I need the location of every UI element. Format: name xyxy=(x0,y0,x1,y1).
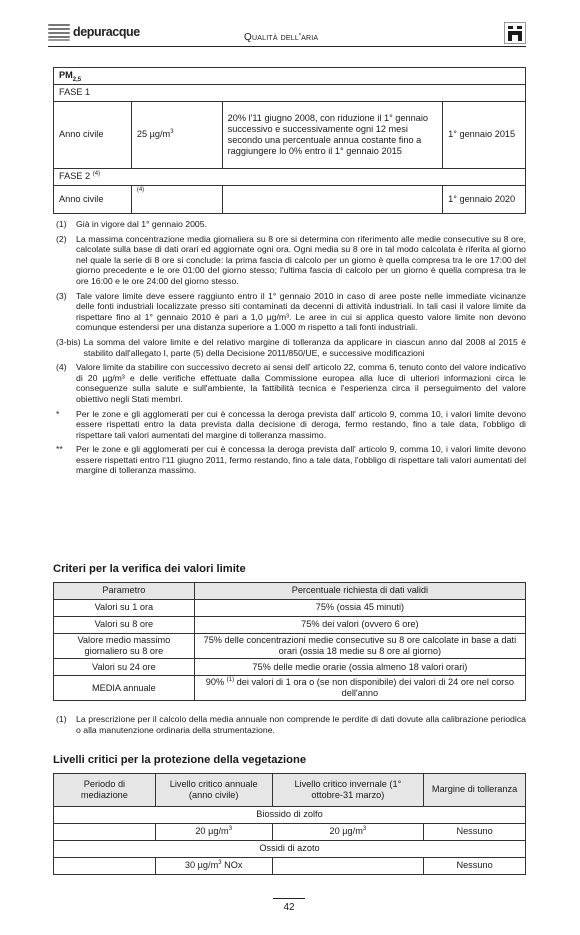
date-cell: 1° gennaio 2020 xyxy=(443,186,526,214)
depuracque-logo: depuracque xyxy=(48,23,140,41)
column-header: Livello critico annuale (anno civile) xyxy=(155,774,272,807)
footnote-item: (1)La prescrizione per il calcolo della … xyxy=(56,714,526,735)
page-header: depuracque Qualità dell'aria xyxy=(48,22,528,46)
margin-cell xyxy=(222,186,443,214)
footnote-item: **Per le zone e gli agglomerati per cui … xyxy=(56,444,526,476)
fase2-label: FASE 2 (4) xyxy=(54,169,526,186)
footnote-item: (2)La massima concentrazione media giorn… xyxy=(56,234,526,287)
winter-value: 20 µg/m xyxy=(329,826,362,836)
percentage-cell: 75% (ossia 45 minuti) xyxy=(194,600,525,617)
annual-level-cell: 20 µg/m3 xyxy=(155,824,272,841)
table-row: Valori su 8 ore75% dei valori (ovvero 6 … xyxy=(54,617,526,634)
footnote-mark: (2) xyxy=(56,234,76,287)
period-cell xyxy=(54,824,156,841)
footnotes: (1)Già in vigore dal 1° gennaio 2005.(2)… xyxy=(56,219,526,480)
date-cell: 1° gennaio 2015 xyxy=(443,102,526,169)
table-row: Valori su 24 ore75% delle medie orarie (… xyxy=(54,659,526,676)
footnote-item: (1)Già in vigore dal 1° gennaio 2005. xyxy=(56,219,526,230)
table-row: 30 µg/m3 NOxNessuno xyxy=(54,858,526,875)
pm-label: PM xyxy=(59,70,73,80)
footnote-mark: (3) xyxy=(56,291,76,333)
period-cell xyxy=(54,858,156,875)
pollutant-name: Biossido di zolfo xyxy=(54,807,526,824)
unit-sup: 3 xyxy=(363,826,366,832)
group-row: Biossido di zolfo xyxy=(54,807,526,824)
castle-logo-icon xyxy=(504,22,526,44)
value-sup: 3 xyxy=(170,129,173,135)
fase2-text: FASE 2 xyxy=(59,171,90,181)
fase1-label: FASE 1 xyxy=(54,85,526,102)
footer-divider xyxy=(273,898,305,899)
vegetation-title: Livelli critici per la protezione della … xyxy=(53,754,306,766)
footnote-text: Per le zone e gli agglomerati per cui è … xyxy=(76,409,526,441)
column-header: Percentuale richiesta di dati validi xyxy=(194,583,525,600)
logo-text: depuracque xyxy=(73,25,140,39)
annual-value: 20 µg/m xyxy=(195,826,228,836)
percentage-text: dei valori di 1 ora o (se non disponibil… xyxy=(234,677,514,698)
unit-sup: 3 xyxy=(229,826,232,832)
pollutant-name: Ossidi di azoto xyxy=(54,841,526,858)
criteria-title: Criteri per la verifica dei valori limit… xyxy=(53,563,246,575)
table-header-row: Periodo di mediazione Livello critico an… xyxy=(54,774,526,807)
winter-level-cell: 20 µg/m3 xyxy=(272,824,424,841)
table-row: Anno civile 25 µg/m3 20% l'11 giugno 200… xyxy=(54,102,526,169)
annual-level-cell: 30 µg/m3 NOx xyxy=(155,858,272,875)
percentage-cell: 75% dei valori (ovvero 6 ore) xyxy=(194,617,525,634)
parameter-cell: Valori su 8 ore xyxy=(54,617,195,634)
table-header-row: Parametro Percentuale richiesta di dati … xyxy=(54,583,526,600)
footnote-text: La somma del valore limite e del relativ… xyxy=(84,337,526,358)
percentage-cell: 75% delle medie orarie (ossia almeno 18 … xyxy=(194,659,525,676)
percentage-cell: 75% delle concentrazioni medie consecuti… xyxy=(194,634,525,659)
margin-cell: 20% l'11 giugno 2008, con riduzione il 1… xyxy=(222,102,443,169)
footnote-mark: (3-bis) xyxy=(56,337,81,358)
period-cell: Anno civile xyxy=(54,186,132,214)
table-row: FASE 1 xyxy=(54,85,526,102)
header-divider xyxy=(48,46,526,47)
table-row: Valore medio massimo giornaliero su 8 or… xyxy=(54,634,526,659)
footnote-text: Tale valore limite deve essere raggiunto… xyxy=(76,291,526,333)
table-row: Valori su 1 ora75% (ossia 45 minuti) xyxy=(54,600,526,617)
group-row: Ossidi di azoto xyxy=(54,841,526,858)
footnote-ref: (1) xyxy=(227,677,234,683)
column-header: Parametro xyxy=(54,583,195,600)
value-sup: (4) xyxy=(137,187,144,193)
footnote-item: (4)Valore limite da stabilire con succes… xyxy=(56,362,526,404)
page-number: 42 xyxy=(273,902,305,913)
footnote-text: La prescrizione per il calcolo della med… xyxy=(76,714,526,735)
pm-subscript: 2,5 xyxy=(73,77,81,83)
table-row: Anno civile (4) 1° gennaio 2020 xyxy=(54,186,526,214)
value-text: 25 µg/m xyxy=(137,129,170,139)
table-row: 20 µg/m320 µg/m3Nessuno xyxy=(54,824,526,841)
annual-value: 30 µg/m xyxy=(185,860,218,870)
footnote-item: *Per le zone e gli agglomerati per cui è… xyxy=(56,409,526,441)
pm25-title-cell: PM2,5 xyxy=(54,68,526,85)
percentage-text: 90% xyxy=(206,677,227,687)
fase2-sup: (4) xyxy=(93,171,100,177)
winter-level-cell xyxy=(272,858,424,875)
footnote-mark: (1) xyxy=(56,714,76,735)
percentage-cell: 90% (1) dei valori di 1 ora o (se non di… xyxy=(194,676,525,701)
tolerance-cell: Nessuno xyxy=(424,858,526,875)
footnote-mark: (4) xyxy=(56,362,76,404)
parameter-cell: Valore medio massimo giornaliero su 8 or… xyxy=(54,634,195,659)
waves-icon xyxy=(48,23,70,41)
parameter-cell: MEDIA annuale xyxy=(54,676,195,701)
column-header: Livello critico invernale (1° ottobre-31… xyxy=(272,774,424,807)
column-header: Periodo di mediazione xyxy=(54,774,156,807)
period-cell: Anno civile xyxy=(54,102,132,169)
footnote-mark: (1) xyxy=(56,219,76,230)
value-cell: (4) xyxy=(131,186,222,214)
page-title: Qualità dell'aria xyxy=(244,32,318,43)
table-row: PM2,5 xyxy=(54,68,526,85)
criteria-table: Parametro Percentuale richiesta di dati … xyxy=(53,582,526,701)
footnote-text: La massima concentrazione media giornali… xyxy=(76,234,526,287)
pm25-limits-table: PM2,5 FASE 1 Anno civile 25 µg/m3 20% l'… xyxy=(53,67,526,214)
footnote-text: Valore limite da stabilire con successiv… xyxy=(76,362,526,404)
vegetation-table: Periodo di mediazione Livello critico an… xyxy=(53,773,526,875)
footnote-mark: ** xyxy=(56,444,76,476)
footnote-mark: * xyxy=(56,409,76,441)
footnote-text: Già in vigore dal 1° gennaio 2005. xyxy=(76,219,526,230)
annual-suffix: NOx xyxy=(222,860,243,870)
footnote-item: (3)Tale valore limite deve essere raggiu… xyxy=(56,291,526,333)
value-cell: 25 µg/m3 xyxy=(131,102,222,169)
parameter-cell: Valori su 24 ore xyxy=(54,659,195,676)
parameter-cell: Valori su 1 ora xyxy=(54,600,195,617)
footnote-text: Per le zone e gli agglomerati per cui è … xyxy=(76,444,526,476)
column-header: Margine di tolleranza xyxy=(424,774,526,807)
table-row: MEDIA annuale90% (1) dei valori di 1 ora… xyxy=(54,676,526,701)
footnote-item: (3-bis)La somma del valore limite e del … xyxy=(56,337,526,358)
table-row: FASE 2 (4) xyxy=(54,169,526,186)
tolerance-cell: Nessuno xyxy=(424,824,526,841)
criteria-footnote: (1)La prescrizione per il calcolo della … xyxy=(56,714,526,739)
